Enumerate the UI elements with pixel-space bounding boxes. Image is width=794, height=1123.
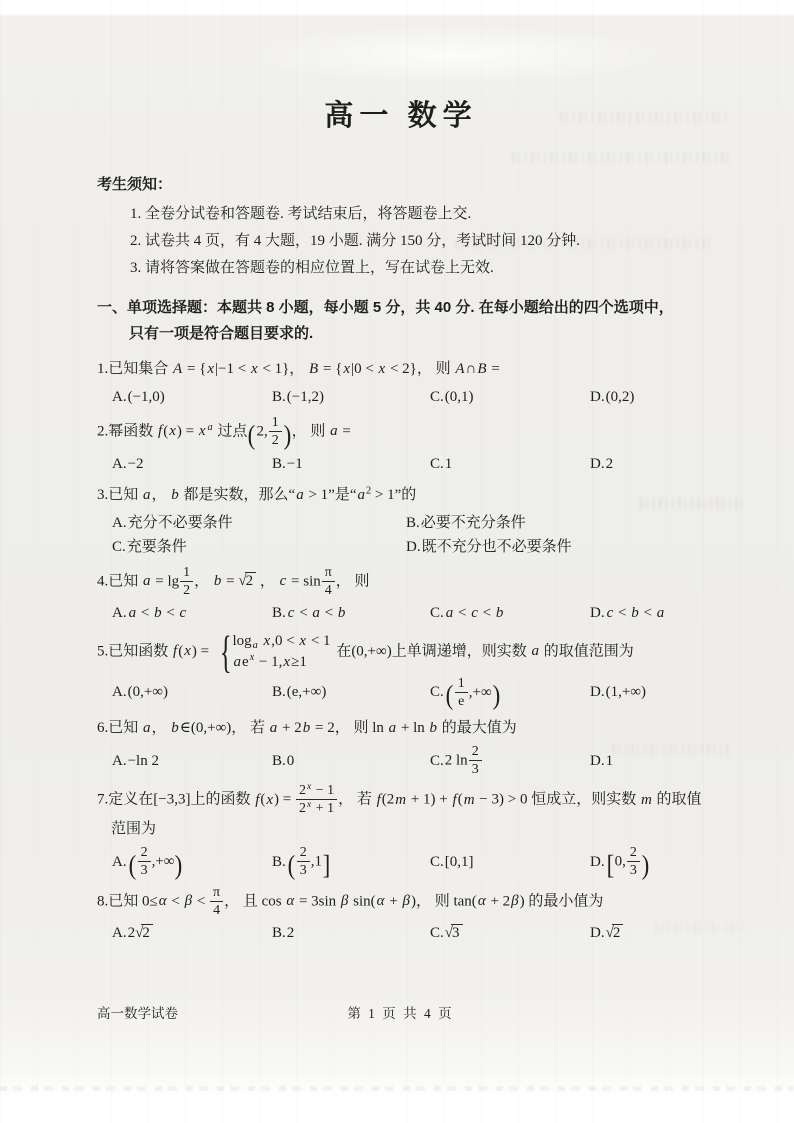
notice-item-2: 2. 试卷共 4 页，有 4 大题，19 小题. 满分 150 分，考试时间 1… (130, 228, 705, 255)
option-label: B. (272, 389, 286, 405)
option-B: B.−1 (272, 452, 430, 476)
question-6: 6.已知 a， b∈(0,+∞)， 若 a + 2b = 2， 则 ln a +… (97, 715, 705, 777)
option-A: A.a < b < c (112, 601, 272, 625)
question-stem: 8.已知 0≤α < β < π4， 且 cos α = 3sin β sin(… (97, 885, 705, 918)
option-label: C. (430, 753, 444, 769)
question-4: 4.已知 a = lg12， b = √2 ， c = sinπ4， 则A.a … (97, 565, 705, 625)
option-label: C. (430, 925, 444, 941)
question-8: 8.已知 0≤α < β < π4， 且 cos α = 3sin β sin(… (97, 885, 705, 945)
option-D: D.2 (590, 452, 705, 476)
option-A: A.充分不必要条件 (112, 511, 406, 535)
option-label: A. (112, 605, 127, 621)
option-label: B. (272, 925, 286, 941)
option-D: D.c < b < a (590, 601, 705, 625)
option-D: D.√2 (590, 921, 705, 945)
option-C: C.(0,1) (430, 385, 590, 409)
page-title: 高一 数学 (97, 98, 705, 134)
options-row: A.充分不必要条件B.必要不充分条件C.充要条件D.既不充分也不必要条件 (97, 511, 705, 559)
option-A: A.(−1,0) (112, 385, 272, 409)
option-label: C. (112, 539, 126, 555)
option-C: C.√3 (430, 921, 590, 945)
option-D: D.1 (590, 749, 705, 773)
option-label: B. (272, 456, 286, 472)
question-stem: 5.已知函数 f(x) = {loga x,0 < x < 1aex − 1,x… (97, 631, 705, 673)
notice-item-1: 1. 全卷分试卷和答题卷. 考试结束后，将答题卷上交. (130, 201, 705, 228)
question-stem: 4.已知 a = lg12， b = √2 ， c = sinπ4， 则 (97, 565, 705, 598)
footer-page-number: 第 1 页 共 4 页 (97, 1005, 704, 1023)
section-heading-line1: 一、单项选择题：本题共 8 小题，每小题 5 分，共 40 分. 在每小题给出的… (97, 295, 705, 321)
option-B: B.(23,1] (272, 845, 430, 879)
option-C: C.a < c < b (430, 601, 590, 625)
option-label: B. (272, 605, 286, 621)
notice-heading: 考生须知： (97, 174, 705, 196)
option-label: D. (406, 539, 421, 555)
question-stem: 2.幂函数 f(x) = xa 过点(2,12)， 则 a = (97, 415, 705, 449)
question-stem: 1.已知集合 A = {x|−1 < x < 1}， B = {x|0 < x … (97, 356, 705, 382)
question-stem: 3.已知 a， b 都是实数，那么“a > 1”是“a2 > 1”的 (97, 482, 705, 508)
question-1: 1.已知集合 A = {x|−1 < x < 1}， B = {x|0 < x … (97, 356, 705, 409)
options-row: A.−2B.−1C.1D.2 (97, 452, 705, 476)
section-heading-line2: 只有一项是符合题目要求的. (97, 321, 705, 347)
options-row: A.2√2B.2C.√3D.√2 (97, 921, 705, 945)
question-5: 5.已知函数 f(x) = {loga x,0 < x < 1aex − 1,x… (97, 631, 705, 710)
option-label: B. (272, 684, 286, 700)
option-D: D.[0,23) (590, 845, 705, 879)
options-row: A.(−1,0)B.(−1,2)C.(0,1)D.(0,2) (97, 385, 705, 409)
option-C: C.充要条件 (112, 535, 406, 559)
option-label: A. (112, 684, 127, 700)
option-label: C. (430, 605, 444, 621)
option-B: B.0 (272, 749, 430, 773)
option-label: C. (430, 456, 444, 472)
option-B: B.2 (272, 921, 430, 945)
option-A: A.−2 (112, 452, 272, 476)
option-label: D. (590, 925, 605, 941)
option-label: D. (590, 854, 605, 870)
option-label: D. (590, 605, 605, 621)
page-content: 高一 数学 考生须知： 1. 全卷分试卷和答题卷. 考试结束后，将答题卷上交. … (97, 98, 705, 945)
exam-page: 高一 数学 考生须知： 1. 全卷分试卷和答题卷. 考试结束后，将答题卷上交. … (0, 0, 794, 1123)
option-label: B. (272, 753, 286, 769)
option-label: A. (112, 389, 127, 405)
options-row: A.(0,+∞)B.(e,+∞)C.(1e,+∞)D.(1,+∞) (97, 676, 705, 710)
option-label: D. (590, 456, 605, 472)
option-B: B.必要不充分条件 (406, 511, 705, 535)
option-label: B. (272, 854, 286, 870)
option-B: B.c < a < b (272, 601, 430, 625)
option-label: A. (112, 854, 127, 870)
option-label: D. (590, 389, 605, 405)
question-3: 3.已知 a， b 都是实数，那么“a > 1”是“a2 > 1”的A.充分不必… (97, 482, 705, 559)
option-A: A.2√2 (112, 921, 272, 945)
question-list: 1.已知集合 A = {x|−1 < x < 1}， B = {x|0 < x … (97, 356, 705, 945)
option-label: D. (590, 684, 605, 700)
option-D: D.既不充分也不必要条件 (406, 535, 705, 559)
notice-item-3: 3. 请将答案做在答题卷的相应位置上，写在试卷上无效. (130, 255, 705, 282)
option-C: C.(1e,+∞) (430, 676, 590, 710)
option-D: D.(1,+∞) (590, 680, 705, 704)
question-7: 7.定义在[−3,3]上的函数 f(x) = 2x − 12x + 1， 若 f… (97, 783, 705, 879)
option-label: A. (112, 456, 127, 472)
option-label: A. (112, 515, 127, 531)
option-label: A. (112, 925, 127, 941)
question-2: 2.幂函数 f(x) = xa 过点(2,12)， 则 a =A.−2B.−1C… (97, 415, 705, 476)
option-label: C. (430, 684, 444, 700)
options-row: A.a < b < cB.c < a < bC.a < c < bD.c < b… (97, 601, 705, 625)
option-label: C. (430, 389, 444, 405)
option-label: A. (112, 753, 127, 769)
question-stem: 6.已知 a， b∈(0,+∞)， 若 a + 2b = 2， 则 ln a +… (97, 715, 705, 741)
option-A: A.−ln 2 (112, 749, 272, 773)
options-row: A.(23,+∞)B.(23,1]C.[0,1]D.[0,23) (97, 845, 705, 879)
option-C: C.1 (430, 452, 590, 476)
notice-list: 1. 全卷分试卷和答题卷. 考试结束后，将答题卷上交. 2. 试卷共 4 页，有… (130, 201, 705, 282)
question-stem: 7.定义在[−3,3]上的函数 f(x) = 2x − 12x + 1， 若 f… (97, 783, 705, 842)
option-label: C. (430, 854, 444, 870)
option-A: A.(0,+∞) (112, 680, 272, 704)
options-row: A.−ln 2B.0C.2 ln23D.1 (97, 744, 705, 777)
option-label: B. (406, 515, 420, 531)
option-D: D.(0,2) (590, 385, 705, 409)
option-B: B.(−1,2) (272, 385, 430, 409)
option-A: A.(23,+∞) (112, 845, 272, 879)
option-C: C.2 ln23 (430, 744, 590, 777)
option-C: C.[0,1] (430, 850, 590, 874)
option-B: B.(e,+∞) (272, 680, 430, 704)
section-heading: 一、单项选择题：本题共 8 小题，每小题 5 分，共 40 分. 在每小题给出的… (97, 295, 705, 347)
scan-edge-noise (0, 1086, 794, 1091)
option-label: D. (590, 753, 605, 769)
